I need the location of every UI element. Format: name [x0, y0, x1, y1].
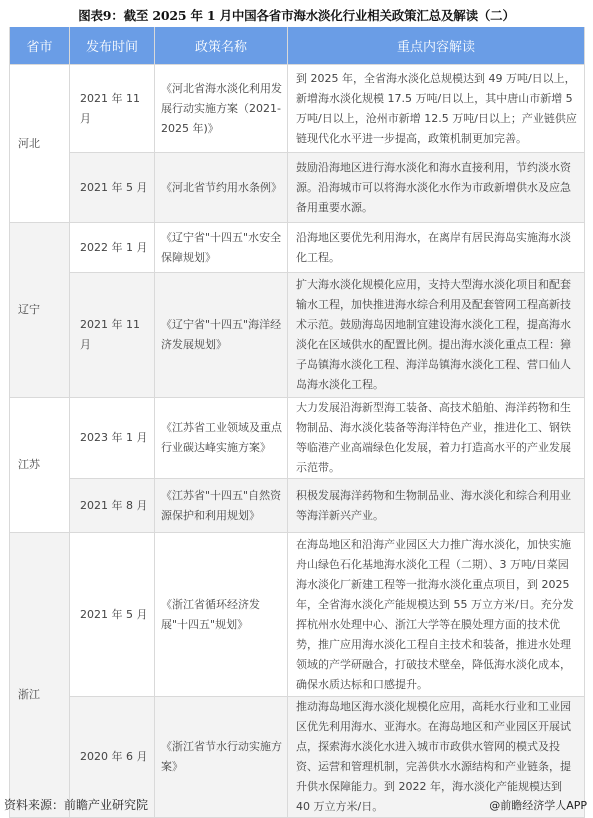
content-cell: 积极发展海洋药物和生物制品业、海水淡化和综合利用业等海洋新兴产业。 [288, 479, 585, 533]
table-row: 辽宁 2022 年 1 月 《辽宁省"十四五"水安全保障规划》 沿海地区要优先利… [10, 223, 585, 273]
content-cell: 大力发展沿海新型海工装备、高技术船舶、海洋药物和生物制品、海水淡化装备等海洋特色… [288, 398, 585, 479]
header-date: 发布时间 [70, 27, 155, 65]
chart-title: 图表9：截至 2025 年 1 月中国各省市海水淡化行业相关政策汇总及解读（二） [0, 6, 593, 24]
province-cell: 江苏 [10, 398, 70, 533]
content-cell: 到 2025 年，全省海水淡化总规模达到 49 万吨/日以上，新增海水淡化规模 … [288, 65, 585, 153]
date-cell: 2023 年 1 月 [70, 398, 155, 479]
date-cell: 2021 年 5 月 [70, 533, 155, 697]
source-note: 资料来源：前瞻产业研究院 [4, 796, 148, 813]
policy-cell: 《河北省节约用水条例》 [155, 153, 288, 223]
header-policy: 政策名称 [155, 27, 288, 65]
date-cell: 2022 年 1 月 [70, 223, 155, 273]
table-row: 江苏 2023 年 1 月 《江苏省工业领域及重点行业碳达峰实施方案》 大力发展… [10, 398, 585, 479]
table-row: 浙江 2021 年 5 月 《浙江省循环经济发展"十四五"规划》 在海岛地区和沿… [10, 533, 585, 697]
province-cell: 河北 [10, 65, 70, 223]
content-cell: 在海岛地区和沿海产业园区大力推广海水淡化，加快实施舟山绿色石化基地海水淡化工程（… [288, 533, 585, 697]
content-cell: 鼓励沿海地区进行海水淡化和海水直接利用，节约淡水资源。沿海城市可以将海水淡化水作… [288, 153, 585, 223]
table-header-row: 省市 发布时间 政策名称 重点内容解读 [10, 27, 585, 65]
date-cell: 2021 年 11 月 [70, 65, 155, 153]
policy-cell: 《浙江省循环经济发展"十四五"规划》 [155, 533, 288, 697]
policy-cell: 《辽宁省"十四五"海洋经济发展规划》 [155, 273, 288, 398]
policy-table: 省市 发布时间 政策名称 重点内容解读 河北 2021 年 11 月 《河北省海… [9, 27, 585, 818]
date-cell: 2021 年 11 月 [70, 273, 155, 398]
date-cell: 2021 年 8 月 [70, 479, 155, 533]
table-row: 2021 年 11 月 《辽宁省"十四五"海洋经济发展规划》 扩大海水淡化规模化… [10, 273, 585, 398]
table-row: 2021 年 5 月 《河北省节约用水条例》 鼓励沿海地区进行海水淡化和海水直接… [10, 153, 585, 223]
policy-cell: 《河北省海水淡化利用发展行动实施方案（2021-2025 年)》 [155, 65, 288, 153]
header-province: 省市 [10, 27, 70, 65]
policy-cell: 《浙江省节水行动实施方案》 [155, 697, 288, 818]
date-cell: 2021 年 5 月 [70, 153, 155, 223]
province-cell: 浙江 [10, 533, 70, 818]
content-cell: 沿海地区要优先利用海水，在离岸有居民海岛实施海水淡化工程。 [288, 223, 585, 273]
policy-cell: 《辽宁省"十四五"水安全保障规划》 [155, 223, 288, 273]
table-row: 河北 2021 年 11 月 《河北省海水淡化利用发展行动实施方案（2021-2… [10, 65, 585, 153]
header-content: 重点内容解读 [288, 27, 585, 65]
policy-cell: 《江苏省"十四五"自然资源保护和利用规划》 [155, 479, 288, 533]
policy-cell: 《江苏省工业领域及重点行业碳达峰实施方案》 [155, 398, 288, 479]
content-cell: 扩大海水淡化规模化应用，支持大型海水淡化项目和配套输水工程，加快推进海水综合利用… [288, 273, 585, 398]
province-cell: 辽宁 [10, 223, 70, 398]
credit-note: @前瞻经济学人APP [489, 797, 587, 813]
table-row: 2021 年 8 月 《江苏省"十四五"自然资源保护和利用规划》 积极发展海洋药… [10, 479, 585, 533]
